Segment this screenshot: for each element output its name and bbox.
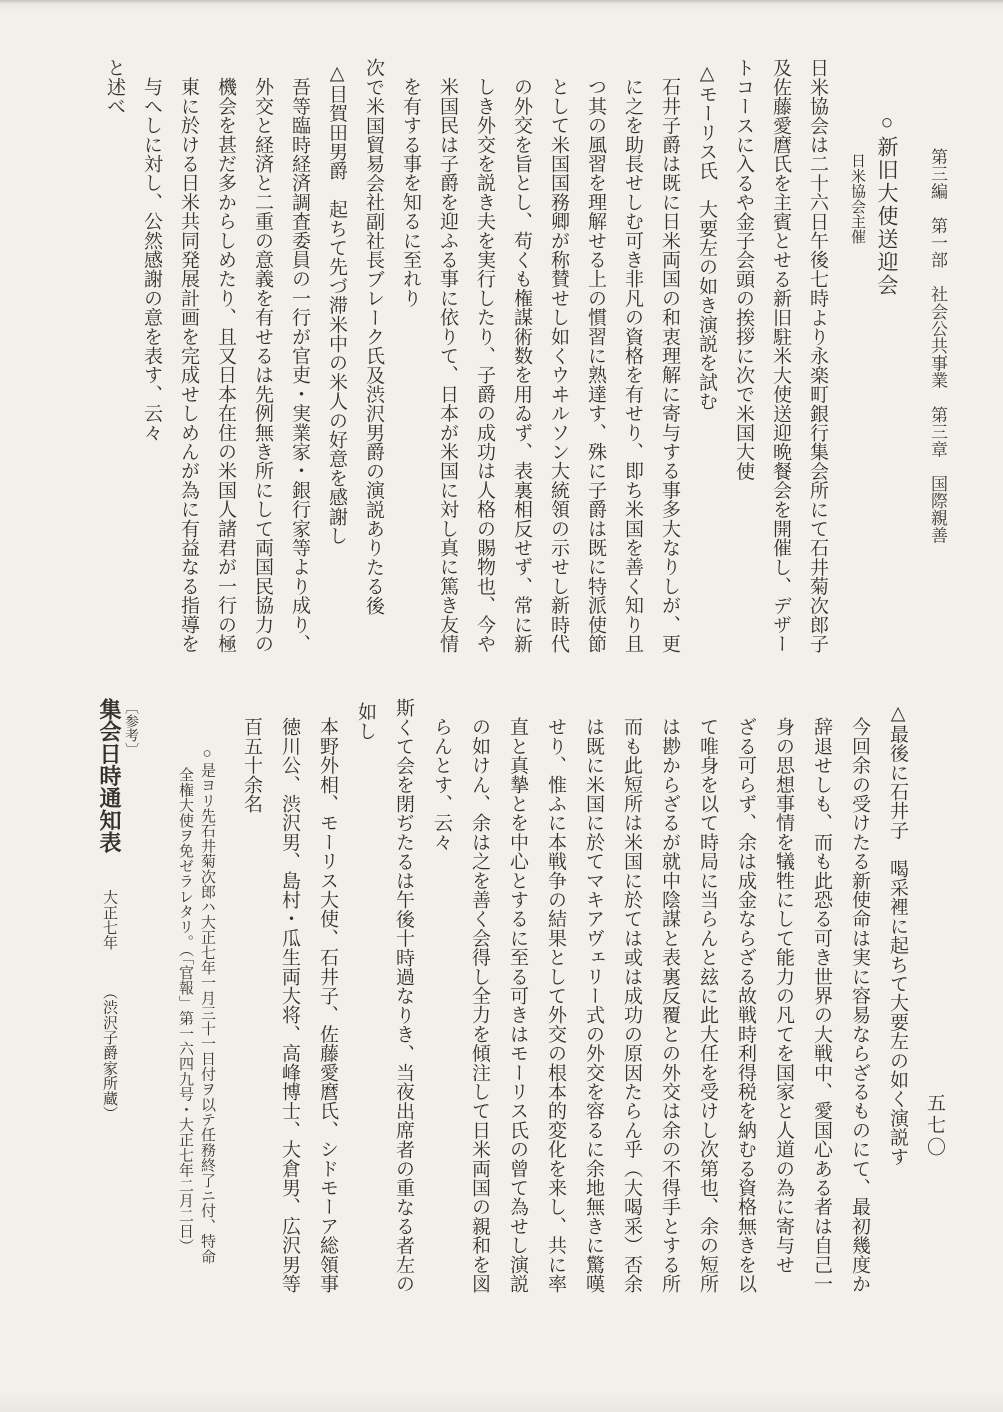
text-column: 石井子爵は既に日米両国の和衷理解に寄与する事多大なりしが、更	[660, 58, 679, 658]
text-column: を有する事を知るに至れり	[401, 58, 420, 658]
text-column: として米国国務卿が称賛せし如くウヰルソン大統領の示せし新時代	[549, 58, 568, 658]
text-column: △最後に石井子 喝采裡に起ちて大要左の如く演説す	[888, 698, 907, 1318]
text-column: しき外交を説き夫を実行したり、子爵の成功は人格の賜物也、今や	[475, 58, 494, 658]
text-column: △モーリス氏 大要左の如き演説を試む	[697, 58, 716, 658]
text-column: 徳川公、渋沢男、島村・瓜生両大将、高峰博士、大倉男、広沢男等	[280, 698, 299, 1318]
text-column: 外交と経済と二重の意義を有せるは先例無き所にして両国民協力の	[253, 58, 272, 658]
scanned-book-page: 第三編 第一部 社会公共事業 第三章 国際親善 ○新旧大使送迎会 日米協会主催 …	[0, 0, 1003, 1412]
section-subheading: 日米協会主催	[849, 58, 864, 658]
text-column: らんとす、云々	[432, 698, 451, 1318]
text-column: 機会を甚だ多からしめたり、且又日本在住の米国人諸君が一行の極	[216, 58, 235, 658]
text-column: て唯身を以て時局に当らんと玆に此大任を受けし次第也、余の短所	[698, 698, 717, 1318]
bottom-text-block: △最後に石井子 喝采裡に起ちて大要左の如く演説す 今回余の受けたる新使命は実に容…	[80, 698, 907, 1318]
text-column: 与へしに対し、公然感謝の意を表す、云々	[142, 58, 161, 658]
text-column: 米国民は子爵を迎ふる事に依りて、日本が米国に対し真に篤き友情	[438, 58, 457, 658]
text-column: 本野外相、モーリス大使、石井子、佐藤愛麿氏、シドモーア総領事	[318, 698, 337, 1318]
text-column: トコースに入るや金子会頭の挨拶に次で米国大使	[734, 58, 753, 658]
note-column: ○是ヨリ先石井菊次郎ハ大正七年一月三十一日付ヲ以テ任務終了ニ付、特命	[199, 698, 214, 1318]
text-column: に之を助長せしむ可き非凡の資格を有せり、即ち米国を善く知り且	[623, 58, 642, 658]
page-number: 五七〇	[925, 1093, 944, 1159]
text-column: 吾等臨時経済調査委員の一行が官吏・実業家・銀行家等より成り、	[290, 58, 309, 658]
text-column: 辞退せしも、而も此恐る可き世界の大戦中、愛国心ある者は自己一	[812, 698, 831, 1318]
top-text-block: 第三編 第一部 社会公共事業 第三章 国際親善 ○新旧大使送迎会 日米協会主催 …	[87, 58, 946, 658]
spacer	[109, 950, 110, 984]
text-column: の外交を旨とし、苟くも権謀術数を用ゐず、表裏相反せず、常に新	[512, 58, 531, 658]
text-column: 東に於ける日米共同発展計画を完成せしめんが為に有益なる指導を	[179, 58, 198, 658]
note-column: 全権大使ヲ免ゼラレタリ。（「官報」第一六四九号・大正七年二月二日）	[177, 698, 192, 1318]
text-column: せり、惟ふに本戦争の結果として外交の根本的変化を来し、共に率	[546, 698, 565, 1318]
section-heading: ○新旧大使送迎会	[876, 58, 897, 658]
text-column: 及佐藤愛麿氏を主賓とせる新旧駐米大使送迎晩餐会を開催し、デザー	[771, 58, 790, 658]
text-column: 直と真摯とを中心とするに至る可きはモーリス氏の曾て為せし演説	[508, 698, 527, 1318]
reference-title: 集会日時通知表	[97, 698, 122, 853]
text-column: △目賀田男爵 起ちて先づ滞米中の米人の好意を感謝し	[327, 58, 346, 658]
text-column: つ其の風習を理解せる上の慣習に熟達す、殊に子爵は既に特派使節	[586, 58, 605, 658]
text-column: 日米協会は二十六日午後七時より永楽町銀行集会所にて石井菊次郎子	[808, 58, 827, 658]
text-column: 次で米国貿易会社副社長ブレーク氏及渋沢男爵の演説ありたる後	[364, 58, 383, 658]
text-column: 如し	[356, 698, 375, 1318]
spacer	[109, 853, 110, 889]
running-header: 第三編 第一部 社会公共事業 第三章 国際親善	[929, 58, 946, 658]
reference-source: （渋沢子爵家所蔵）	[101, 984, 117, 1121]
text-column: 斯くて会を閉ぢたるは午後十時過なりき、当夜出席者の重なる者左の	[394, 698, 413, 1318]
text-column: 而も此短所は米国に於ては或は成功の原因たらん乎（大喝采）否余	[622, 698, 641, 1318]
text-column: は尠からざるが就中陰謀と表裏反覆との外交は余の不得手とする所	[660, 698, 679, 1318]
text-column: 身の思想事情を犠牲にして能力の凡てを国家と人道の為に寄与せ	[774, 698, 793, 1318]
text-column: は既に米国に於てマキアヴェリー式の外交を容るに余地無きに驚嘆	[584, 698, 603, 1318]
reference-date: 大正七年	[101, 889, 117, 950]
reference-label: 〔参考〕	[123, 698, 137, 1318]
text-column: 百五十余名	[242, 698, 261, 1318]
reference-column: 集会日時通知表大正七年（渋沢子爵家所蔵）	[98, 698, 120, 1318]
text-column: と述べ	[105, 58, 124, 658]
text-column: の如けん、余は之を善く会得し全力を傾注して日米両国の親和を図	[470, 698, 489, 1318]
text-column: ざる可らず、余は成金ならざる故戦時利得税を納むる資格無きを以	[736, 698, 755, 1318]
text-column: 今回余の受けたる新使命は実に容易ならざるものにて、最初幾度か	[850, 698, 869, 1318]
